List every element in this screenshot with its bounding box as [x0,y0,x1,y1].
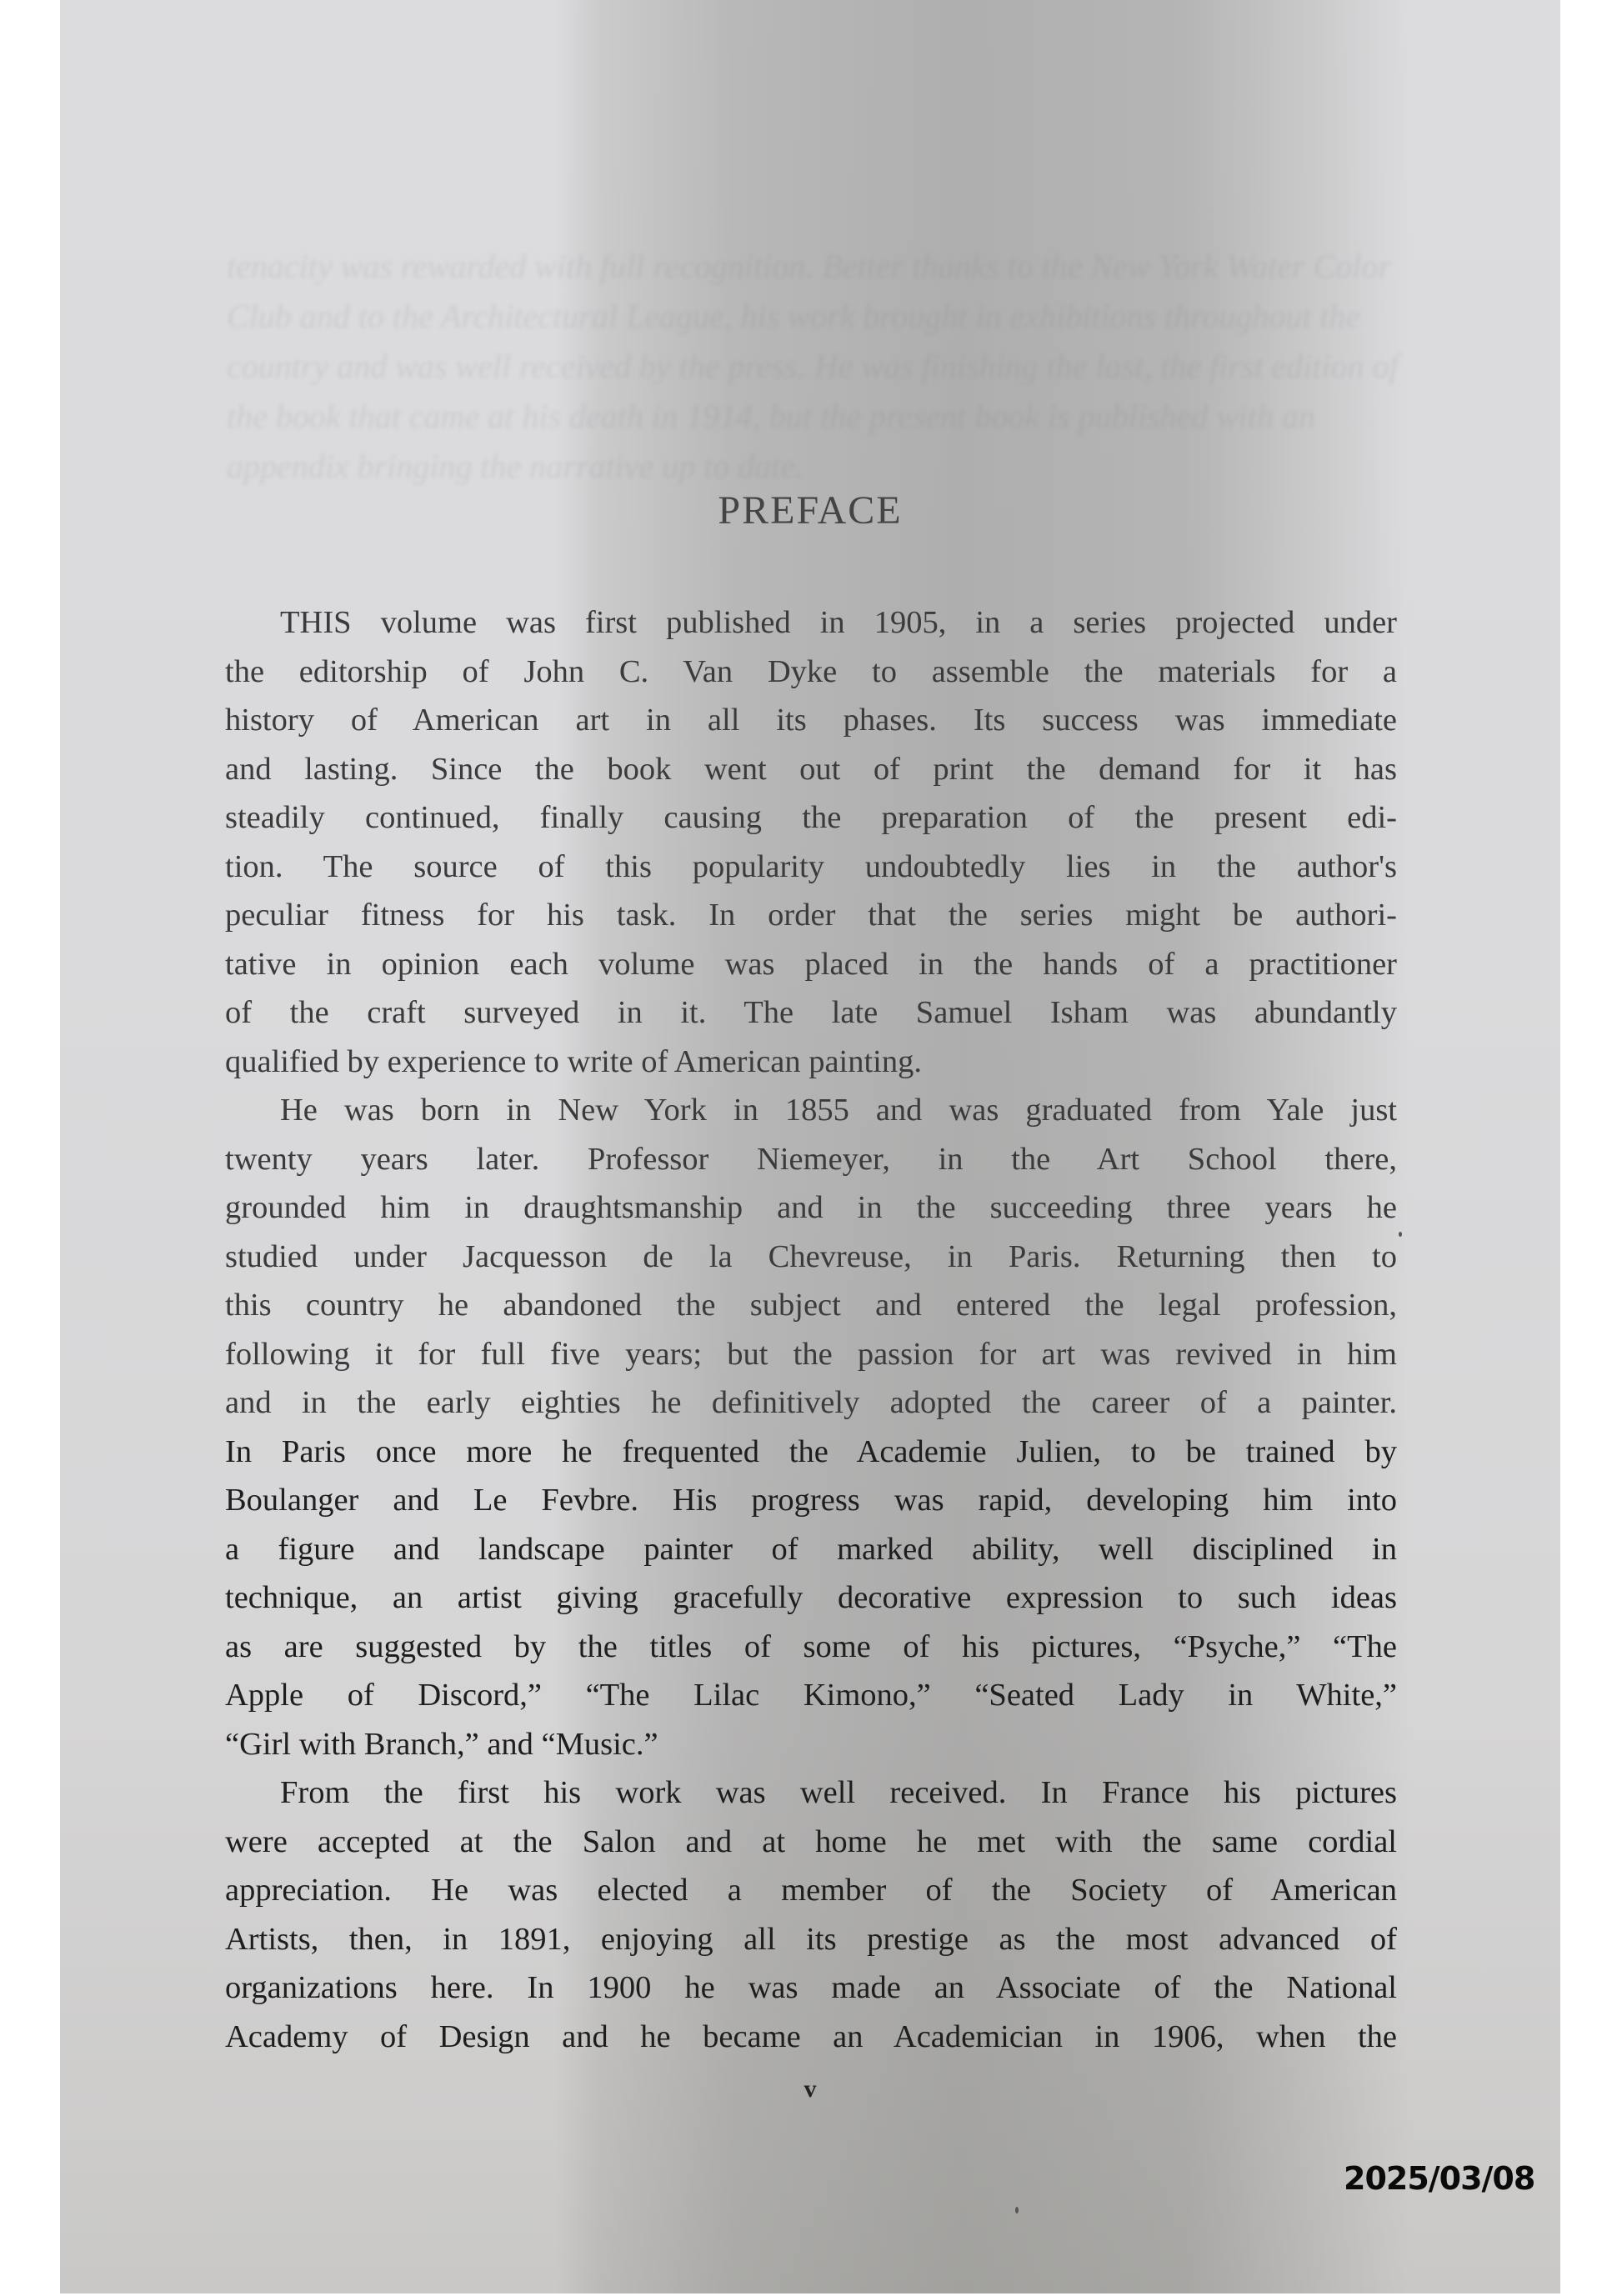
date-stamp: 2025/03/08 [1344,2160,1534,2197]
text-line: appreciation. He was elected a member of… [225,1869,1397,1911]
page-title: PREFACE [60,488,1560,533]
text-line: In Paris once more he frequented the Aca… [225,1431,1397,1473]
text-line: and in the early eighties he definitivel… [225,1382,1397,1423]
text-line: following it for full five years; but th… [225,1333,1397,1375]
text-line: twenty years later. Professor Niemeyer, … [225,1138,1397,1180]
text-line: From the first his work was well receive… [280,1772,1397,1813]
text-line: were accepted at the Salon and at home h… [225,1821,1397,1863]
text-line: Academy of Design and he became an Acade… [225,2016,1397,2058]
text-line: steadily continued, finally causing the … [225,797,1397,838]
text-line: history of American art in all its phase… [225,699,1397,741]
text-line: Artists, then, in 1891, enjoying all its… [225,1918,1397,1960]
text-line: grounded him in draughtsmanship and in t… [225,1187,1397,1228]
text-line: qualified by experience to write of Amer… [225,1041,1397,1083]
text-line: He was born in New York in 1855 and was … [280,1089,1397,1131]
text-line: organizations here. In 1900 he was made … [225,1967,1397,2008]
text-line: studied under Jacquesson de la Chevreuse… [225,1236,1397,1278]
bleed-through-text: tenacity was rewarded with full recognit… [227,242,1410,492]
paper-speck [1399,1232,1402,1237]
text-line: technique, an artist giving gracefully d… [225,1577,1397,1618]
text-line: tion. The source of this popularity undo… [225,846,1397,888]
text-line: tative in opinion each volume was placed… [225,943,1397,985]
text-line: as are suggested by the titles of some o… [225,1626,1397,1668]
text-line: Apple of Discord,” “The Lilac Kimono,” “… [225,1674,1397,1716]
text-line: this country he abandoned the subject an… [225,1284,1397,1326]
text-line: peculiar fitness for his task. In order … [225,894,1397,936]
page-number: v [60,2075,1560,2103]
text-line: THIS volume was first published in 1905,… [280,602,1397,643]
paper-speck [1015,2207,1019,2213]
book-page: tenacity was rewarded with full recognit… [60,0,1560,2293]
text-line: a figure and landscape painter of marked… [225,1528,1397,1570]
text-line: and lasting. Since the book went out of … [225,748,1397,790]
text-line: of the craft surveyed in it. The late Sa… [225,992,1397,1033]
text-line: the editorship of John C. Van Dyke to as… [225,651,1397,693]
text-line: Boulanger and Le Fevbre. His progress wa… [225,1479,1397,1521]
text-line: “Girl with Branch,” and “Music.” [225,1723,1397,1765]
